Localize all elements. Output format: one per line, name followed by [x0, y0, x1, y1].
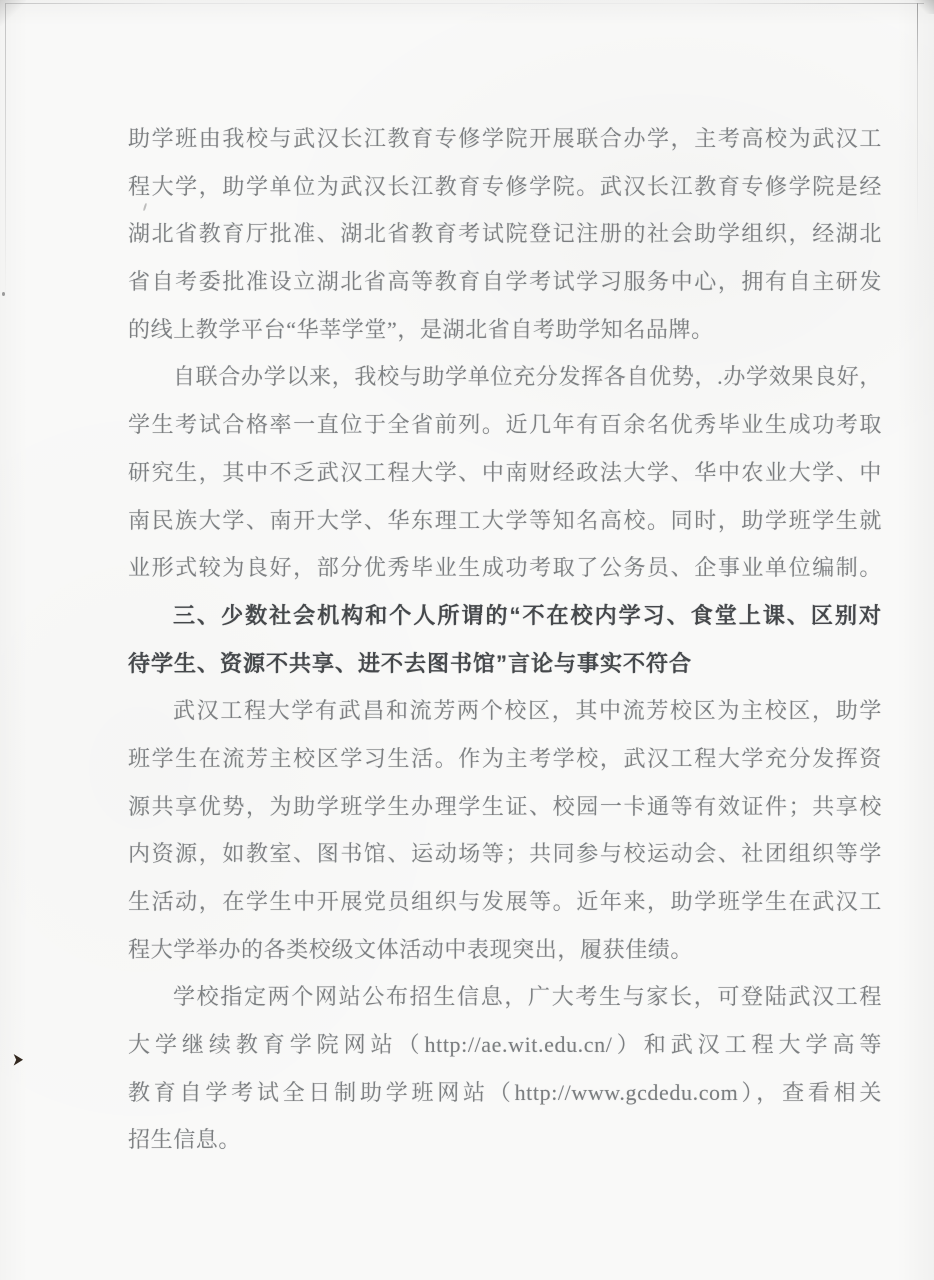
body-line: 程大学举办的各类校级文体活动中表现突出，履获佳绩。: [128, 926, 882, 974]
scan-edge-right: [917, 3, 918, 233]
body-line: 的线上教学平台“华莘学堂”，是湖北省自考助学知名品牌。: [128, 306, 882, 354]
arrowhead-ink-mark: [12, 1054, 23, 1067]
body-line: 助学班由我校与武汉长江教育专修学院开展联合办学，主考高校为武汉工: [128, 115, 882, 163]
body-line: 南民族大学、南开大学、华东理工大学等知名高校。同时，助学班学生就: [128, 497, 882, 545]
scan-edge-top: [6, 3, 924, 4]
heading-line: 三、少数社会机构和个人所谓的“不在校内学习、食堂上课、区别对: [128, 592, 882, 640]
scan-corner-shade-top-right: [912, 0, 934, 14]
body-line: 程大学，助学单位为武汉长江教育专修学院。武汉长江教育专修学院是经: [128, 163, 882, 211]
body-line: 学校指定两个网站公布招生信息，广大考生与家长，可登陆武汉工程: [128, 973, 882, 1021]
body-line: 自联合办学以来，我校与助学单位充分发挥各自优势，.办学效果良好，: [128, 353, 882, 401]
body-line: 班学生在流芳主校区学习生活。作为主考学校，武汉工程大学充分发挥资: [128, 735, 882, 783]
body-line: 业形式较为良好，部分优秀毕业生成功考取了公务员、企事业单位编制。: [128, 544, 882, 592]
body-line: 学生考试合格率一直位于全省前列。近几年有百余名优秀毕业生成功考取: [128, 401, 882, 449]
body-line: 研究生，其中不乏武汉工程大学、中南财经政法大学、华中农业大学、中: [128, 449, 882, 497]
body-line: 湖北省教育厅批准、湖北省教育考试院登记注册的社会助学组织，经湖北: [128, 210, 882, 258]
text-block: 助学班由我校与武汉长江教育专修学院开展联合办学，主考高校为武汉工程大学，助学单位…: [128, 115, 882, 1164]
body-line: 源共享优势，为助学班学生办理学生证、校园一卡通等有效证件；共享校: [128, 783, 882, 831]
scan-speck: [2, 292, 5, 296]
body-line: 省自考委批准设立湖北省高等教育自学考试学习服务中心，拥有自主研发: [128, 258, 882, 306]
body-line: 武汉工程大学有武昌和流芳两个校区，其中流芳校区为主校区，助学: [128, 687, 882, 735]
scanned-page: 助学班由我校与武汉长江教育专修学院开展联合办学，主考高校为武汉工程大学，助学单位…: [0, 0, 934, 1280]
body-line: 招生信息。: [128, 1116, 882, 1164]
scan-corner-shade-top-left: [0, 0, 26, 26]
heading-line: 待学生、资源不共享、进不去图书馆”言论与事实不符合: [128, 640, 882, 688]
body-line: 内资源，如教室、图书馆、运动场等；共同参与校运动会、社团组织等学: [128, 830, 882, 878]
body-line: 大学继续教育学院网站（http://ae.wit.edu.cn/）和武汉工程大学…: [128, 1021, 882, 1069]
scan-edge-left: [5, 3, 6, 303]
body-line: 教育自学考试全日制助学班网站（http://www.gcdedu.com），查看…: [128, 1069, 882, 1117]
body-line: 生活动，在学生中开展党员组织与发展等。近年来，助学班学生在武汉工: [128, 878, 882, 926]
